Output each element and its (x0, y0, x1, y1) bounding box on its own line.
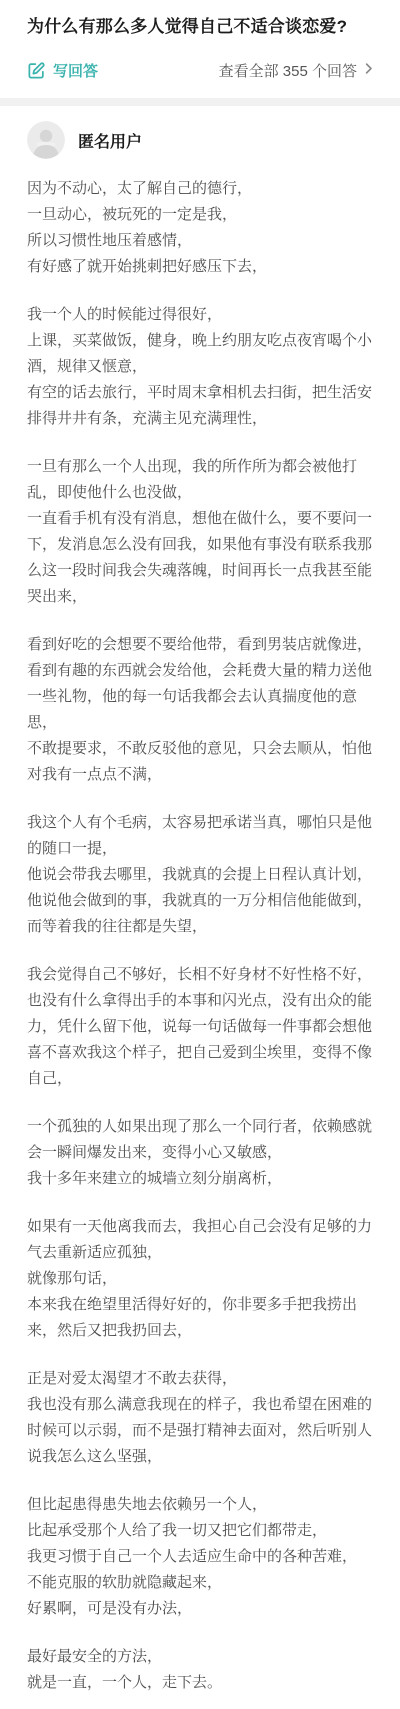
answer-paragraph: 最好最安全的方法， 就是一直，一个人，走下去。 (27, 1644, 379, 1696)
question-action-row: 写回答 查看全部 355 个回答 (27, 60, 376, 98)
question-title[interactable]: 为什么有那么多人觉得自己不适合谈恋爱? (27, 14, 376, 39)
author-name: 匿名用户 (78, 129, 142, 152)
view-all-label: 查看全部 355 个回答 (219, 60, 357, 81)
edit-icon (27, 61, 46, 80)
question-answer-page: 为什么有那么多人觉得自己不适合谈恋爱? 写回答 查看全部 355 个回答 (0, 0, 400, 1709)
answer-paragraph: 我这个人有个毛病，太容易把承诺当真，哪怕只是他的随口一提， 他说会带我去哪里，我… (27, 810, 379, 940)
answer-body: 因为不动心，太了解自己的德行， 一旦动心，被玩死的一定是我， 所以习惯性地压着感… (27, 176, 379, 1696)
question-header: 为什么有那么多人觉得自己不适合谈恋爱? 写回答 查看全部 355 个回答 (0, 0, 400, 98)
answer-paragraph: 看到好吃的会想要不要给他带，看到男装店就像进， 看到有趣的东西就会发给他，会耗费… (27, 632, 379, 788)
answer-paragraph: 但比起患得患失地去依赖另一个人， 比起承受那个人给了我一切又把它们都带走， 我更… (27, 1492, 379, 1622)
anonymous-avatar (27, 121, 65, 159)
section-divider (0, 98, 400, 106)
answer-card: 匿名用户 因为不动心，太了解自己的德行， 一旦动心，被玩死的一定是我， 所以习惯… (0, 106, 400, 1696)
answer-paragraph: 因为不动心，太了解自己的德行， 一旦动心，被玩死的一定是我， 所以习惯性地压着感… (27, 176, 379, 280)
write-answer-label: 写回答 (53, 60, 98, 81)
answer-paragraph: 正是对爱太渴望才不敢去获得， 我也没有那么满意我现在的样子，我也希望在困难的时候… (27, 1366, 379, 1470)
write-answer-button[interactable]: 写回答 (27, 60, 98, 81)
view-all-answers-link[interactable]: 查看全部 355 个回答 (219, 60, 376, 81)
answer-paragraph: 我一个人的时候能过得很好， 上课，买菜做饭，健身，晚上约朋友吃点夜宵喝个小酒，规… (27, 302, 379, 432)
answer-paragraph: 如果有一天他离我而去，我担心自己会没有足够的力气去重新适应孤独， 就像那句话， … (27, 1214, 379, 1344)
answer-paragraph: 我会觉得自己不够好，长相不好身材不好性格不好， 也没有什么拿得出手的本事和闪光点… (27, 962, 379, 1092)
answer-paragraph: 一个孤独的人如果出现了那么一个同行者，依赖感就会一瞬间爆发出来，变得小心又敏感，… (27, 1114, 379, 1192)
chevron-right-icon (361, 61, 376, 81)
answer-paragraph: 一旦有那么一个人出现，我的所作所为都会被他打乱，即使他什么也没做， 一直看手机有… (27, 454, 379, 610)
author-row: 匿名用户 (27, 121, 382, 159)
